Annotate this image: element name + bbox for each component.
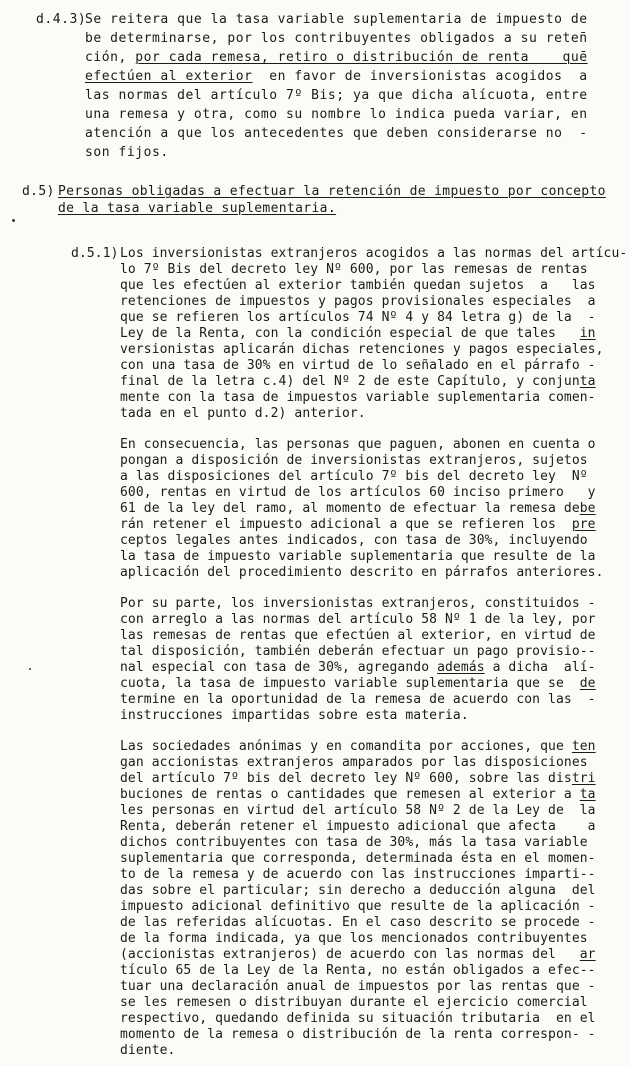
text-line: Por su parte, los inversionistas extranj… [120,596,596,612]
text-line: be determinarse, por los contribuyentes … [85,29,588,48]
text-segment: Por su parte, los inversionistas extranj… [120,596,596,611]
text-segment: mente con la tasa de impuestos variable … [120,390,596,405]
text-line: lo 7º Bis del decreto ley Nº 600, por la… [120,262,627,278]
text-line: del artículo 7º bis del decreto ley Nº 6… [120,771,596,787]
text-segment: final de la letra c.4) del Nº 2 de este … [120,374,580,389]
text-line: final de la letra c.4) del Nº 2 de este … [120,374,627,390]
text-line: se les remesen o distribuyan durante el … [120,995,596,1011]
text-segment: lo 7º Bis del decreto ley Nº 600, por la… [120,262,588,277]
text-line: respectivo, quedando definida su situaci… [120,1011,596,1027]
section-label-d43: d.4.3) [36,10,86,29]
scan-speck [29,668,31,670]
text-line: ción, por cada remesa, retiro o distribu… [85,48,588,67]
text-segment: con arreglo a las normas del artículo 58… [120,612,596,627]
scanned-document-page: d.4.3) Se reitera que la tasa variable s… [0,0,630,1066]
section-d51-paragraph-3: Por su parte, los inversionistas extranj… [120,596,596,724]
text-segment: en favor de inversionistas acogidos a [253,69,588,84]
text-line: retenciones de impuestos y pagos provisi… [120,294,627,310]
text-line: efectúen al exterior en favor de inversi… [85,67,588,86]
text-segment: nal especial con tasa de 30%, agregando [120,660,437,675]
text-line: momento de la remesa o distribución de l… [120,1027,596,1043]
text-segment: retenciones de impuestos y pagos provisi… [120,294,596,309]
text-line: de la tasa variable suplementaria. [58,200,606,217]
text-line: que les efectúen al exterior también que… [120,278,627,294]
text-segment: las remesas de rentas que efectúen al ex… [120,628,596,643]
text-segment: del artículo 7º bis del decreto ley Nº 6… [120,771,572,786]
section-d51-paragraph-2: En consecuencia, las personas que paguen… [120,437,604,581]
text-line: Las sociedades anónimas y en comandita p… [120,739,596,755]
text-segment: suplementaria que corresponda, determina… [120,851,596,866]
text-line: das sobre el particular; sin derecho a d… [120,883,596,899]
text-line: Se reitera que la tasa variable suplemen… [85,10,588,29]
underlined-text: ar [580,947,596,962]
text-segment: 600, rentas en virtud de los artículos 6… [120,485,596,500]
text-segment: las normas del artículo 7º Bis; ya que d… [85,88,588,103]
text-segment: tal disposición, también deberán efectua… [120,644,596,659]
text-segment: tículo 65 de la Ley de la Renta, no está… [120,963,596,978]
text-segment: En consecuencia, las personas que paguen… [120,437,596,452]
section-label-d51: d.5.1) [71,246,119,262]
underlined-text: Personas obligadas a efectuar la retenci… [58,184,606,199]
text-line: nal especial con tasa de 30%, agregando … [120,660,596,676]
text-line: (accionistas extranjeros) de acuerdo con… [120,947,596,963]
text-segment: pongan a disposición de inversionistas e… [120,453,588,468]
text-line: impuesto adicional definitivo que result… [120,899,596,915]
scan-speck [12,219,15,222]
text-line: 600, rentas en virtud de los artículos 6… [120,485,604,501]
underlined-text: pre [572,517,596,532]
text-line: buciones de rentas o cantidades que reme… [120,787,596,803]
text-segment: momento de la remesa o distribución de l… [120,1027,596,1042]
text-line: En consecuencia, las personas que paguen… [120,437,604,453]
section-d43-paragraph: Se reitera que la tasa variable suplemen… [85,10,588,162]
text-line: diente. [120,1043,596,1059]
text-line: con una tasa de 30% en virtud de lo seña… [120,358,627,374]
text-segment: la tasa de impuesto variable suplementar… [120,549,596,564]
text-line: instrucciones impartidas sobre esta mate… [120,708,596,724]
text-segment: respectivo, quedando definida su situaci… [120,1011,596,1026]
text-line: de la forma indicada, ya que los mencion… [120,931,596,947]
underlined-text: efectúen al exterior [85,69,253,84]
text-line: tal disposición, también deberán efectua… [120,644,596,660]
text-segment: que se refieren los artículos 74 Nº 4 y … [120,310,596,325]
text-segment: les personas en virtud del artículo 58 N… [120,803,596,818]
text-segment: Las sociedades anónimas y en comandita p… [120,739,572,754]
text-segment: de las referidas alícuotas. En el caso d… [120,915,596,930]
underlined-text: ta [580,374,596,389]
text-line: ceptos legales antes indicados, con tasa… [120,533,604,549]
text-segment: Ley de la Renta, con la condición especi… [120,326,580,341]
text-segment: be determinarse, por los contribuyentes … [85,31,588,46]
text-line: cuota, la tasa de impuesto variable supl… [120,676,596,692]
section-d51-paragraph-1: Los inversionistas extranjeros acogidos … [120,246,627,422]
text-segment: que les efectúen al exterior también que… [120,278,596,293]
text-segment: atención a que los antecedentes que debe… [85,126,588,141]
text-line: 61 de la ley del ramo, al momento de efe… [120,501,604,517]
underlined-text: tri [572,771,596,786]
section-label-d5: d.5) [22,183,55,200]
underlined-text: ten [572,739,596,754]
underlined-text: ta [580,787,596,802]
text-line: son fijos. [85,143,588,162]
text-line: termine en la oportunidad de la remesa d… [120,692,596,708]
text-segment: diente. [120,1043,176,1058]
text-line: Personas obligadas a efectuar la retenci… [58,183,606,200]
text-line: que se refieren los artículos 74 Nº 4 y … [120,310,627,326]
section-d51-paragraph-4: Las sociedades anónimas y en comandita p… [120,739,596,1059]
text-segment: gan accionistas extranjeros amparados po… [120,755,588,770]
underlined-text: de la tasa variable suplementaria. [58,201,336,216]
text-segment: se les remesen o distribuyan durante el … [120,995,588,1010]
text-line: tada en el punto d.2) anterior. [120,406,627,422]
underlined-text: por cada remesa, retiro o distribución d… [135,50,587,65]
text-segment: dichos contribuyentes con tasa de 30%, m… [120,835,588,850]
text-line: pongan a disposición de inversionistas e… [120,453,604,469]
text-line: las remesas de rentas que efectúen al ex… [120,628,596,644]
text-line: de las referidas alícuotas. En el caso d… [120,915,596,931]
text-segment: tuar una declaración anual de impuestos … [120,979,596,994]
text-line: mente con la tasa de impuestos variable … [120,390,627,406]
text-segment: das sobre el particular; sin derecho a d… [120,883,596,898]
text-segment: 61 de la ley del ramo, al momento de efe… [120,501,580,516]
text-segment: (accionistas extranjeros) de acuerdo con… [120,947,580,962]
text-line: tuar una declaración anual de impuestos … [120,979,596,995]
text-segment: ceptos legales antes indicados, con tasa… [120,533,588,548]
text-segment: cuota, la tasa de impuesto variable supl… [120,676,580,691]
text-segment: a las disposiciones del artículo 7º bis … [120,469,588,484]
text-segment: con una tasa de 30% en virtud de lo seña… [120,358,596,373]
section-d5-heading: Personas obligadas a efectuar la retenci… [58,183,606,217]
text-segment: son fijos. [85,145,169,160]
underlined-text: in [580,326,596,341]
text-line: una remesa y otra, como su nombre lo ind… [85,105,588,124]
text-line: aplicación del procedimiento descrito en… [120,565,604,581]
text-line: tículo 65 de la Ley de la Renta, no está… [120,963,596,979]
text-line: les personas en virtud del artículo 58 N… [120,803,596,819]
text-segment: ción, [85,50,135,65]
text-line: la tasa de impuesto variable suplementar… [120,549,604,565]
text-line: rán retener el impuesto adicional a que … [120,517,604,533]
text-segment: to de la remesa y de acuerdo con las ins… [120,867,596,882]
text-segment: tada en el punto d.2) anterior. [120,406,366,421]
text-segment: de la forma indicada, ya que los mencion… [120,931,588,946]
underlined-text: be [580,501,596,516]
text-segment: buciones de rentas o cantidades que reme… [120,787,580,802]
text-segment: aplicación del procedimiento descrito en… [120,565,604,580]
text-segment: impuesto adicional definitivo que result… [120,899,596,914]
text-line: suplementaria que corresponda, determina… [120,851,596,867]
text-line: to de la remesa y de acuerdo con las ins… [120,867,596,883]
text-segment: Se reitera que la tasa variable suplemen… [85,12,588,27]
text-segment: versionistas aplicarán dichas retencione… [120,342,604,357]
text-segment: Los inversionistas extranjeros acogidos … [120,246,627,261]
underlined-text: de [580,676,596,691]
text-line: Renta, deberán retener el impuesto adici… [120,819,596,835]
text-line: Ley de la Renta, con la condición especi… [120,326,627,342]
text-line: versionistas aplicarán dichas retencione… [120,342,627,358]
text-segment: Renta, deberán retener el impuesto adici… [120,819,596,834]
text-line: con arreglo a las normas del artículo 58… [120,612,596,628]
text-line: atención a que los antecedentes que debe… [85,124,588,143]
text-segment: termine en la oportunidad de la remesa d… [120,692,596,707]
underlined-text: además [437,660,485,675]
text-line: Los inversionistas extranjeros acogidos … [120,246,627,262]
text-segment: una remesa y otra, como su nombre lo ind… [85,107,588,122]
text-line: dichos contribuyentes con tasa de 30%, m… [120,835,596,851]
text-segment: rán retener el impuesto adicional a que … [120,517,572,532]
text-line: gan accionistas extranjeros amparados po… [120,755,596,771]
text-segment: a dicha alí- [485,660,596,675]
text-line: a las disposiciones del artículo 7º bis … [120,469,604,485]
text-line: las normas del artículo 7º Bis; ya que d… [85,86,588,105]
text-segment: instrucciones impartidas sobre esta mate… [120,708,469,723]
